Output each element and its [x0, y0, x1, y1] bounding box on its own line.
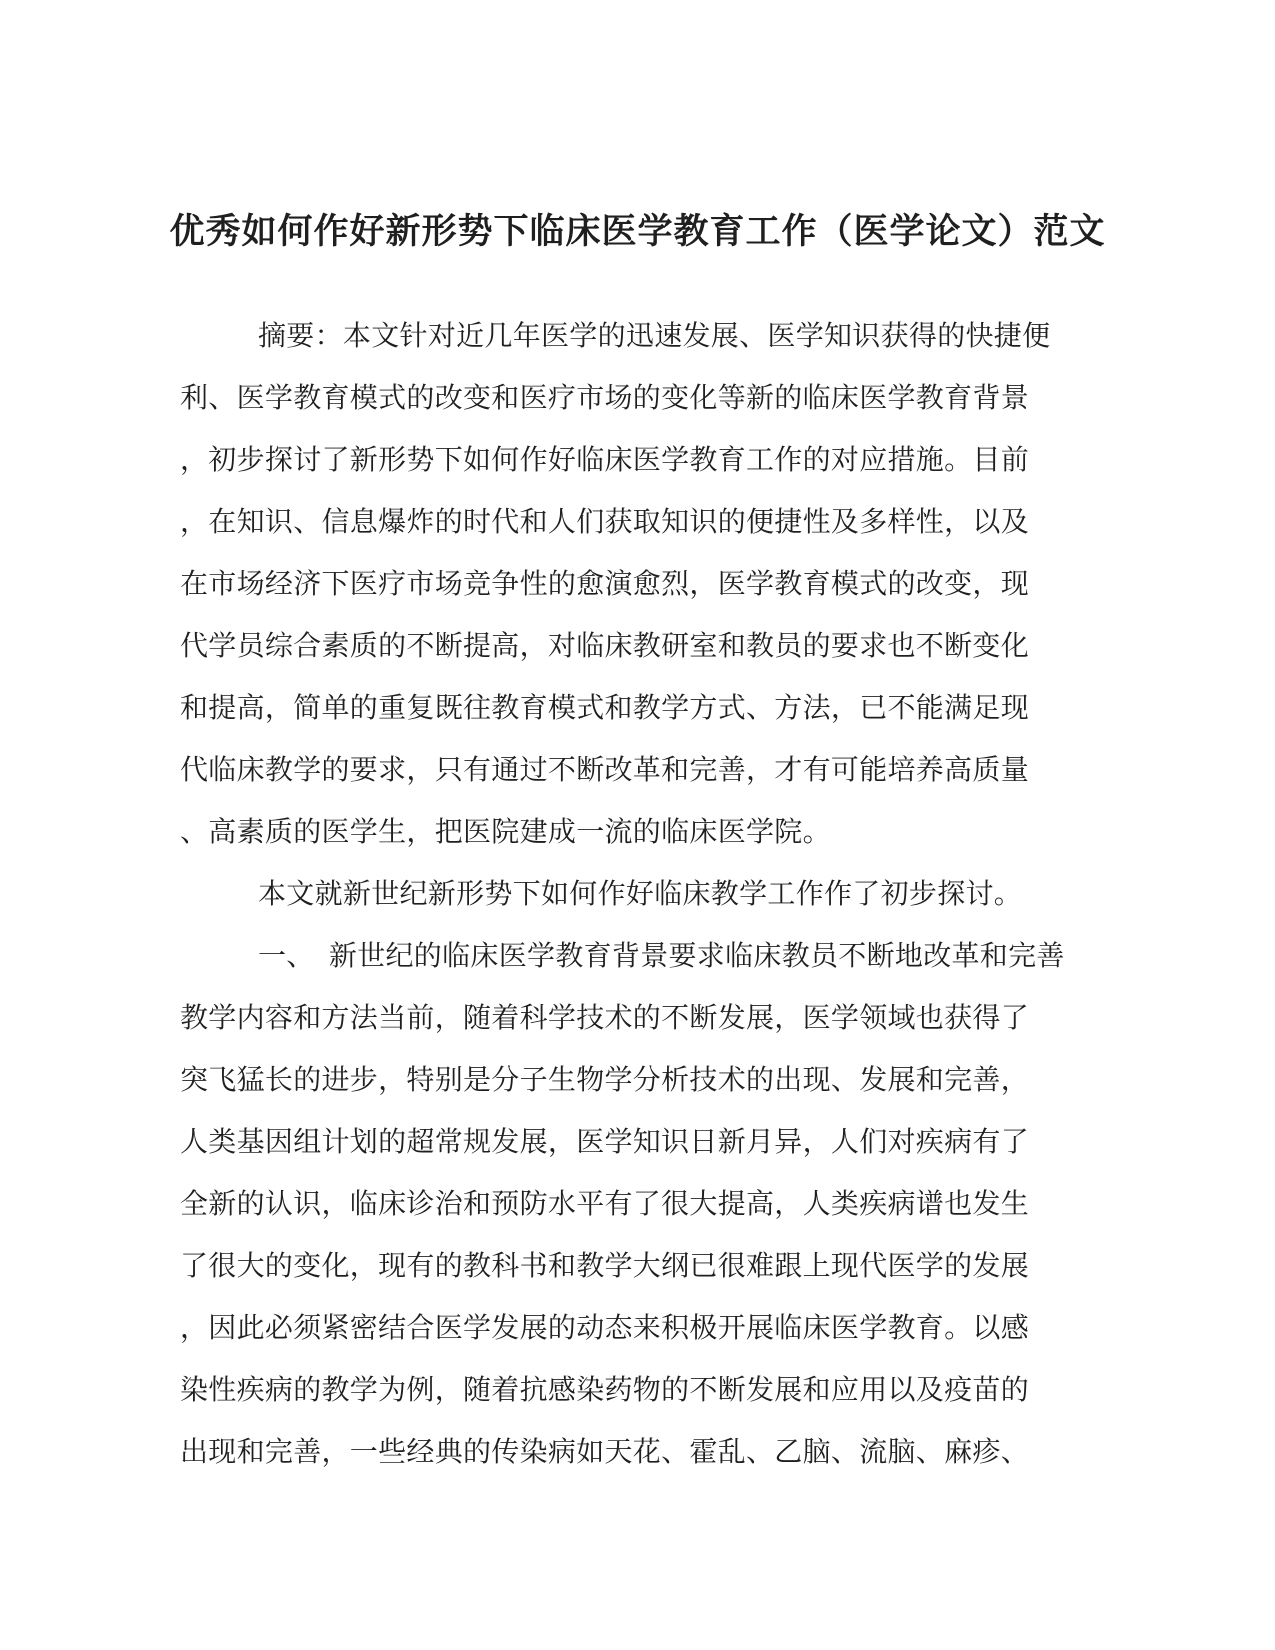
document-page: 优秀如何作好新形势下临床医学教育工作（医学论文）范文 摘要：本文针对近几年医学的…: [0, 0, 1275, 1650]
text-line: 出现和完善，一些经典的传染病如天花、霍乱、乙脑、流脑、麻疹、: [180, 1422, 1032, 1484]
text-line: 突飞猛长的进步，特别是分子生物学分析技术的出现、发展和完善，: [180, 1050, 1032, 1112]
document-title: 优秀如何作好新形势下临床医学教育工作（医学论文）范文: [0, 204, 1275, 254]
text-line: 、高素质的医学生，把医院建成一流的临床医学院。: [180, 802, 1032, 864]
text-line: ，因此必须紧密结合医学发展的动态来积极开展临床医学教育。以感: [180, 1298, 1032, 1360]
text-line: 染性疾病的教学为例，随着抗感染药物的不断发展和应用以及疫苗的: [180, 1360, 1032, 1422]
text-line: 了很大的变化，现有的教科书和教学大纲已很难跟上现代医学的发展: [180, 1236, 1032, 1298]
text-line: 利、医学教育模式的改变和医疗市场的变化等新的临床医学教育背景: [180, 368, 1032, 430]
text-line: 代学员综合素质的不断提高，对临床教研室和教员的要求也不断变化: [180, 616, 1032, 678]
text-line: ，初步探讨了新形势下如何作好临床医学教育工作的对应措施。目前: [180, 430, 1032, 492]
text-line: 在市场经济下医疗市场竞争性的愈演愈烈，医学教育模式的改变，现: [180, 554, 1032, 616]
text-line: ，在知识、信息爆炸的时代和人们获取知识的便捷性及多样性，以及: [180, 492, 1032, 554]
text-line: 人类基因组计划的超常规发展，医学知识日新月异，人们对疾病有了: [180, 1112, 1032, 1174]
text-line: 全新的认识，临床诊治和预防水平有了很大提高，人类疾病谱也发生: [180, 1174, 1032, 1236]
text-line: 摘要：本文针对近几年医学的迅速发展、医学知识获得的快捷便: [180, 306, 1032, 368]
text-line: 教学内容和方法当前，随着科学技术的不断发展，医学领域也获得了: [180, 988, 1032, 1050]
text-line: 代临床教学的要求，只有通过不断改革和完善，才有可能培养高质量: [180, 740, 1032, 802]
document-body: 摘要：本文针对近几年医学的迅速发展、医学知识获得的快捷便 利、医学教育模式的改变…: [180, 306, 1032, 1484]
text-line: 和提高，简单的重复既往教育模式和教学方式、方法，已不能满足现: [180, 678, 1032, 740]
text-line: 一、 新世纪的临床医学教育背景要求临床教员不断地改革和完善: [180, 926, 1032, 988]
text-line: 本文就新世纪新形势下如何作好临床教学工作作了初步探讨。: [180, 864, 1032, 926]
